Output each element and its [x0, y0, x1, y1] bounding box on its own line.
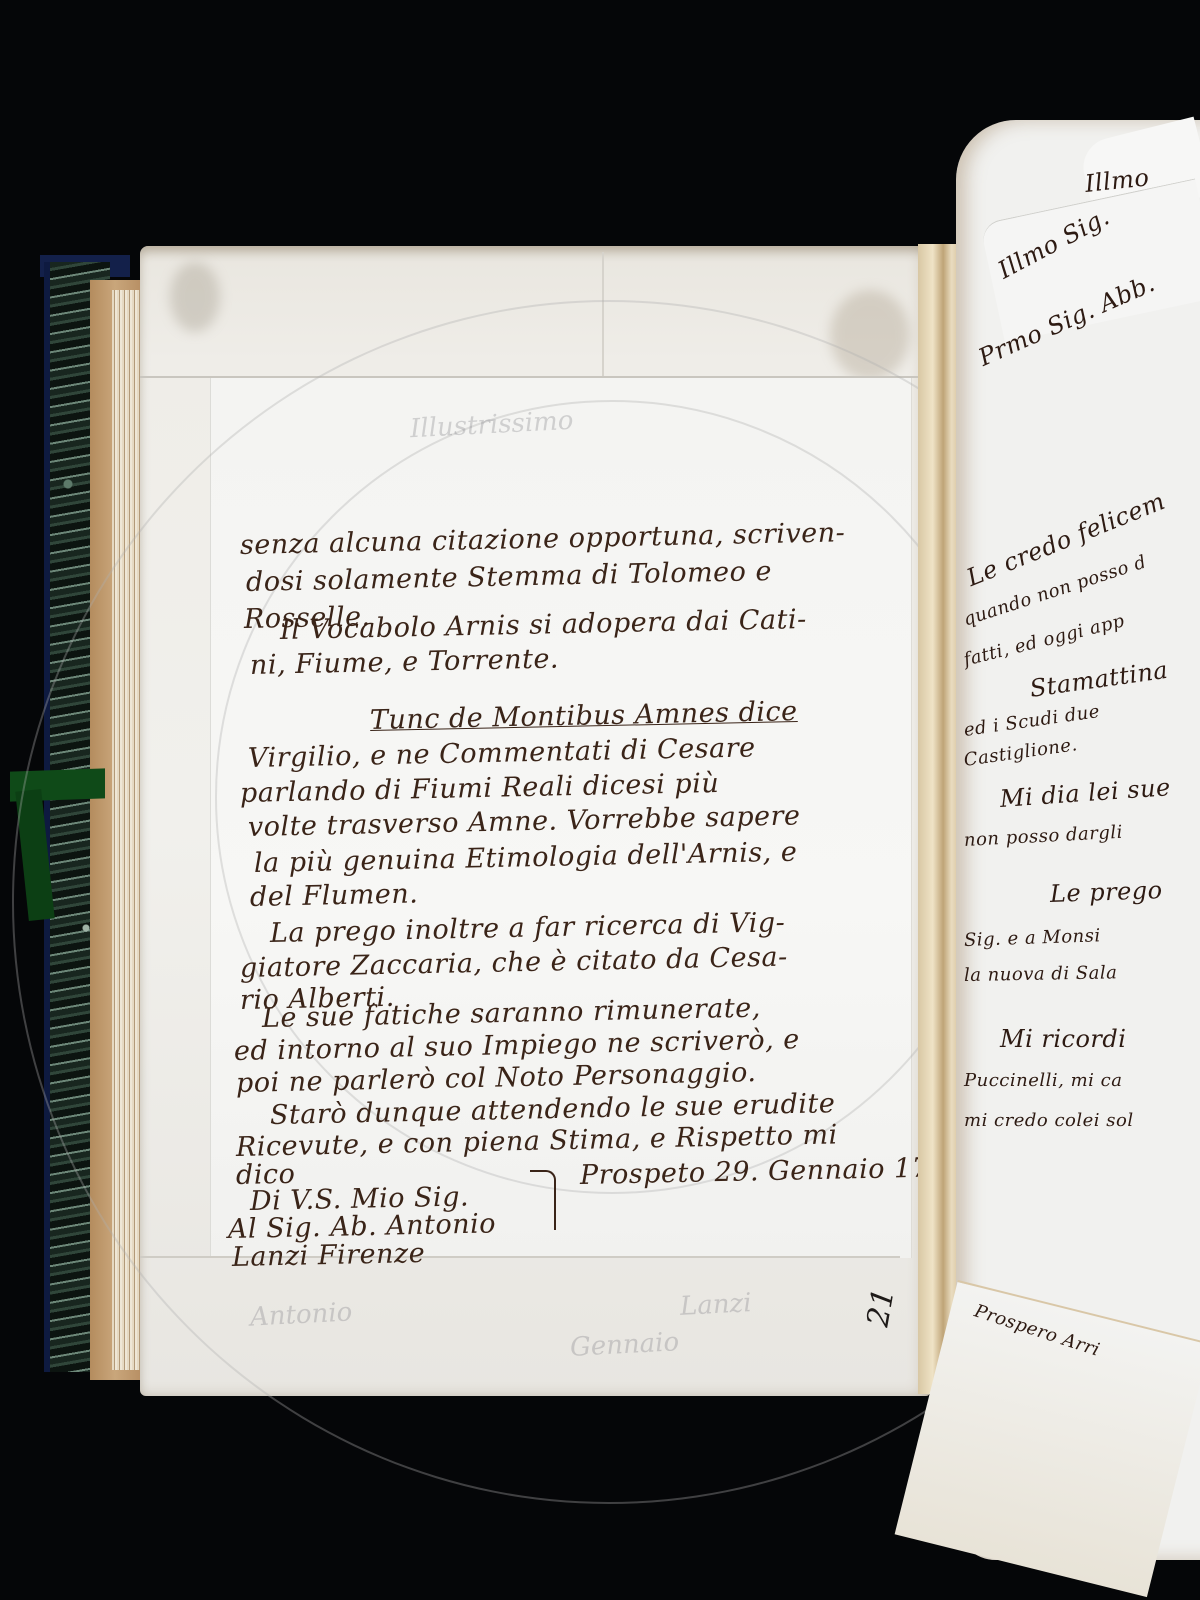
letter-line: Le prego [1050, 876, 1164, 908]
letter-line: Puccinelli, mi ca [964, 1070, 1122, 1091]
letter-line: Mi ricordi [1000, 1025, 1126, 1053]
bleed-through-text: Gennaio [569, 1327, 680, 1363]
paper-stain [170, 262, 220, 332]
address-line: Lanzi Firenze [232, 1238, 426, 1273]
bleed-through-text: Antonio [249, 1297, 353, 1332]
page-block-edge [112, 290, 140, 1370]
address-bracket [530, 1170, 556, 1230]
letter-line: mi credo colei sol [964, 1110, 1134, 1131]
letter-line: ni, Fiume, e Torrente. [250, 644, 560, 681]
page-fold-vertical [602, 252, 604, 378]
letter-line: la nuova di Sala [964, 962, 1118, 986]
book-gutter [918, 244, 960, 1394]
letter-line: del Flumen. [250, 878, 419, 913]
paper-stain [830, 290, 910, 380]
folio-number: 21 [861, 1286, 902, 1330]
page-fold-top [140, 376, 930, 378]
bleed-through-text: Lanzi [679, 1288, 752, 1322]
